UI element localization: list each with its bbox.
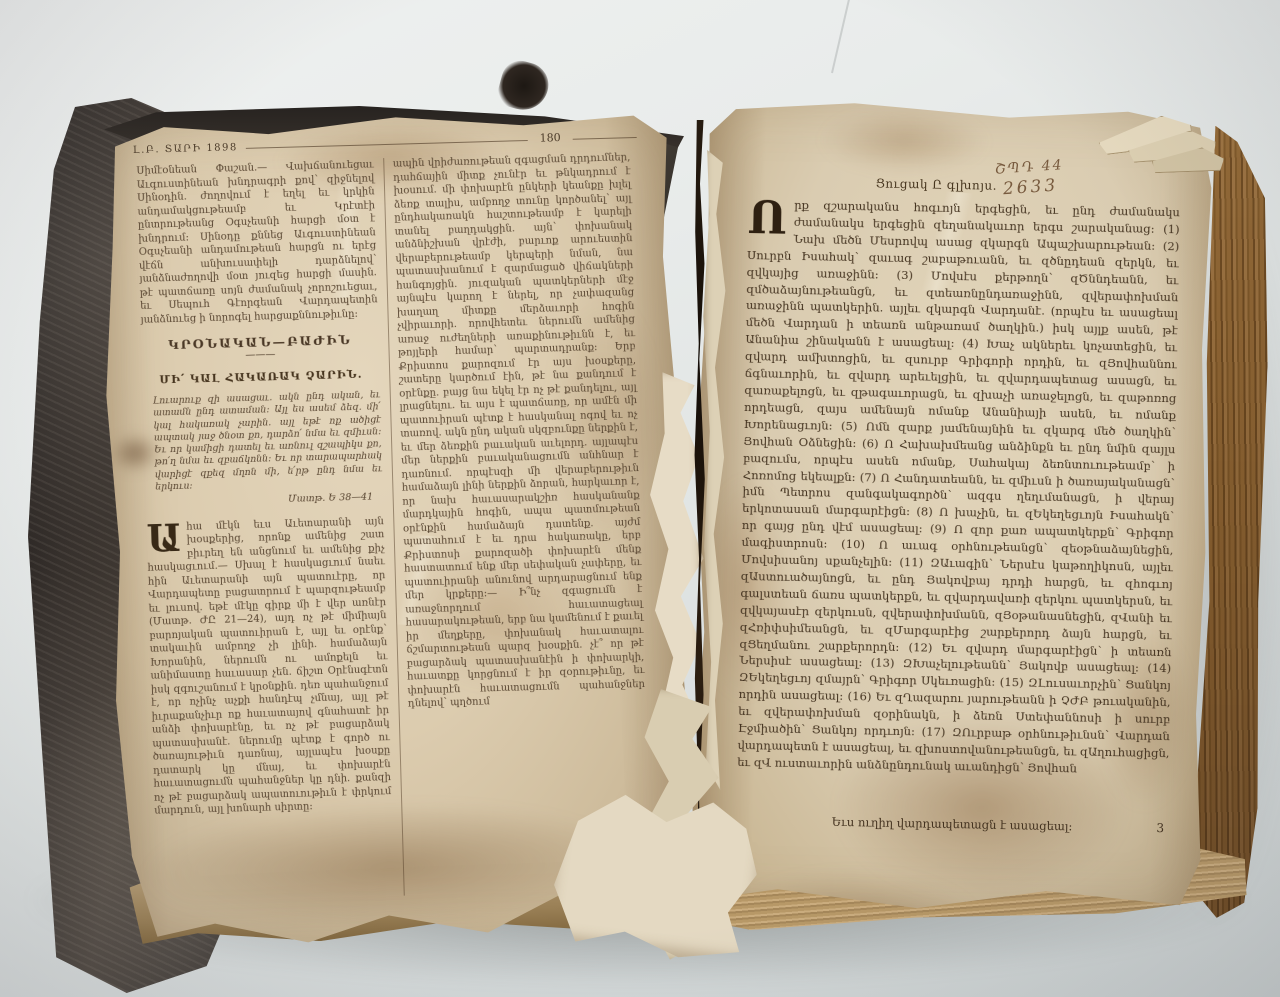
left-column-1: Սիմէօնեան Փաշան.— Վախճանուեցաւ Աւգուստին… [127, 158, 403, 903]
left-page-content: Լ.Բ. ՏԱՐԻ 1898 180 Սիմէօնեան Փաշան.— Վախ… [127, 129, 660, 907]
article-title: ՄԻ՛ ԿԱԼ ՀԱԿԱՌԱԿ ՉԱՐԻՆ. [142, 367, 380, 387]
book-photograph: Լ.Բ. ՏԱՐԻ 1898 180 Սիմէօնեան Փաշան.— Վախ… [0, 0, 1280, 997]
signature-mark: 3 [1156, 821, 1164, 835]
index-body: Որք զշարականս հոգւոյն երգեցին, եւ ընդ ժա… [736, 196, 1180, 818]
index-body-text: րք զշարականս հոգւոյն երգեցին, եւ ընդ ժամ… [737, 198, 1180, 775]
left-page-columns: Սիմէօնեան Փաշան.— Վախճանուեցաւ Աւգուստին… [127, 151, 659, 903]
article-body: Ահա մէկն եւս Աւետարանի այն խօսքերից, որո… [146, 515, 392, 819]
drop-cap: Ո [747, 196, 794, 237]
page-number: 180 [535, 131, 564, 145]
epigraph-quote: Լուարուք զի ասացաւ. ակն ընդ ական, եւ ատա… [143, 389, 383, 494]
article-body-text: հա մէկն եւս Աւետարանի այն խօսքերից, որոն… [147, 516, 391, 817]
edition-label: Լ.Բ. ՏԱՐԻ 1898 [133, 142, 238, 156]
left-column-2: ապին վրիժառութեան զգացման դրդումներ, դահ… [383, 151, 660, 896]
drop-cap: Ա [146, 521, 187, 554]
column2-body-text: ապին վրիժառութեան զգացման դրդումներ, դահ… [393, 152, 645, 709]
epigraph-reference: Մատթ. Ե 38—41 [146, 491, 374, 511]
right-page-content: ՇՊԴ 44 2633 Ցուցակ Ը գլխոյս. Որք զշարակա… [735, 126, 1181, 892]
news-paragraph: Սիմէօնեան Փաշան.— Վախճանուեցաւ Աւգուստին… [136, 158, 378, 327]
inventory-number-handwriting: 2633 [996, 175, 1066, 200]
closing-line: Եւս ուղիղ վարդապետացն է ասացեալ։ [832, 815, 1073, 834]
header-rule [246, 140, 528, 149]
chapter-index-heading: Ցուցակ Ը գլխոյս. [748, 174, 1124, 195]
header-rule [573, 137, 637, 140]
right-page: ՇՊԴ 44 2633 Ցուցակ Ը գլխոյս. Որք զշարակա… [684, 97, 1215, 917]
handwritten-annotation: ՇՊԴ 44 2633 [995, 155, 1066, 200]
